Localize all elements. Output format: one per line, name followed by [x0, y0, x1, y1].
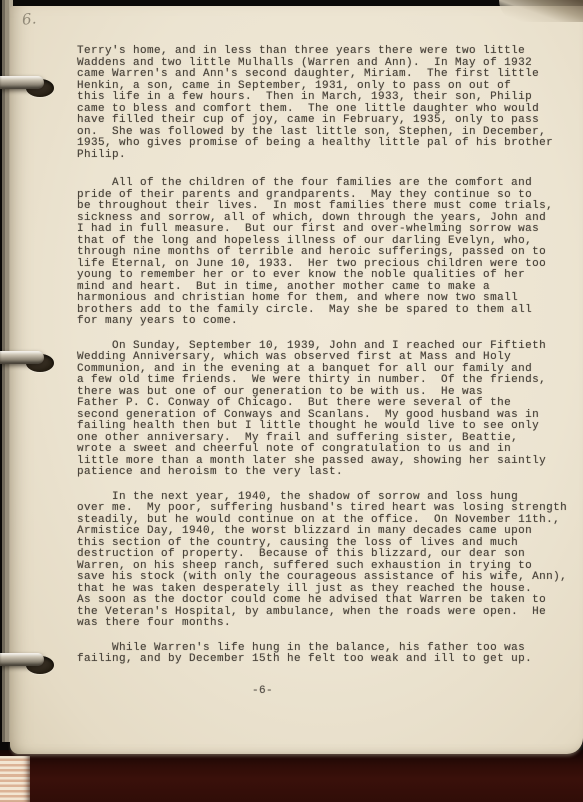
ring-metal-bar: [0, 351, 44, 364]
ring-metal-bar: [0, 653, 44, 666]
binder-ring-middle: [0, 348, 52, 372]
page-stack-stripes: [0, 756, 30, 802]
typed-paragraph: Terry's home, and in less than three yea…: [77, 46, 579, 161]
desk-surface: [0, 750, 583, 802]
ring-metal-bar: [0, 76, 44, 89]
typed-paragraph: In the next year, 1940, the shadow of so…: [77, 492, 579, 630]
typed-paragraph: On Sunday, September 10, 1939, John and …: [77, 341, 579, 479]
corner-curl: [499, 0, 583, 22]
binder-ring-bottom: [0, 650, 52, 674]
handwritten-page-mark: 6.: [21, 9, 37, 28]
binder-ring-top: [0, 73, 52, 97]
typed-text-block: Terry's home, and in less than three yea…: [77, 46, 579, 666]
page-number: -6-: [252, 685, 273, 697]
typed-paragraph: All of the children of the four families…: [77, 178, 579, 328]
typed-paragraph: While Warren's life hung in the balance,…: [77, 643, 579, 666]
binder-scene: 6. Terry's home, and in less than three …: [0, 0, 583, 802]
